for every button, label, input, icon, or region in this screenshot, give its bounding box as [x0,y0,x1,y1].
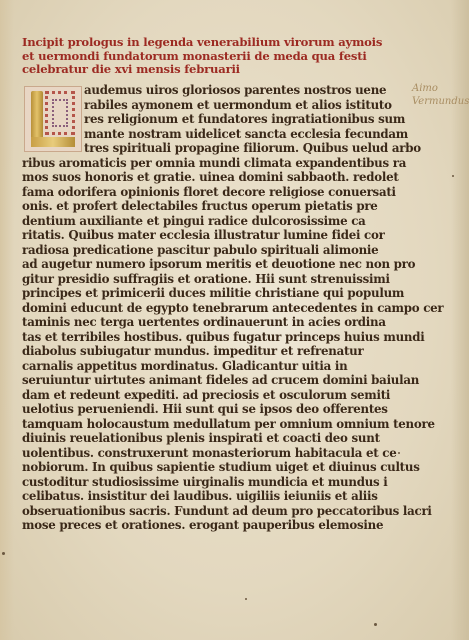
text-line: dam et redeunt expediti. ad preciosis et… [22,388,402,403]
text-line: mante nostram uidelicet sancta ecclesia … [22,127,402,142]
text-line: mose preces et orationes. erogant pauper… [22,518,402,533]
marginal-note: Aimo Vermundus [412,82,469,108]
text-line: seruiuntur uirtutes animant fideles ad c… [22,373,402,388]
text-line: taminis nec terga uertentes ordinauerunt… [22,315,402,330]
text-line: diuinis reuelationibus plenis inspirati … [22,431,402,446]
marginal-note-line: Vermundus [412,95,469,108]
text-line: ad augetur numero ipsorum meritis et deu… [22,257,402,272]
text-line: fama odorifera opinionis floret decore r… [22,185,402,200]
rubric-line: Incipit prologus in legenda venerabilium… [22,36,402,50]
ink-speck [245,598,247,600]
text-line: principes et primicerii duces militie ch… [22,286,402,301]
rubric-line: celebratur die xvi mensis februarii [22,63,402,77]
text-line: mos suos honoris et gratie. uinea domini… [22,170,402,185]
main-text-block: audemus uiros gloriosos parentes nostros… [22,83,402,533]
text-line: tres spirituali propagine filiorum. Quib… [22,141,402,156]
text-line: diabolus subiugatur mundus. impeditur et… [22,344,402,359]
text-line: carnalis appetitus mordinatus. Gladicant… [22,359,402,374]
text-line: ritatis. Quibus mater ecclesia illustrat… [22,228,402,243]
text-line: domini educunt de egypto tenebrarum ante… [22,301,402,316]
text-line: obseruationibus sacris. Fundunt ad deum … [22,504,402,519]
text-line: audemus uiros gloriosos parentes nostros… [22,83,402,98]
ink-speck [398,452,400,454]
rubric-heading: Incipit prologus in legenda venerabilium… [22,36,402,77]
text-line: nobiorum. In quibus sapientie studium ui… [22,460,402,475]
text-line: radiosa predicatione pascitur pabulo spi… [22,243,402,258]
text-line: uelotius perueniendi. Hii sunt qui se ip… [22,402,402,417]
ink-speck [374,623,377,626]
text-line: rabiles aymonem et uermondum et alios is… [22,98,402,113]
text-line: onis. et profert delectabiles fructus op… [22,199,402,214]
text-line: tamquam holocaustum medullatum per omniu… [22,417,402,432]
text-line: uolentibus. construxerunt monasteriorum … [22,446,402,461]
ink-speck [452,175,454,177]
text-line: ribus aromaticis per omnia mundi climata… [22,156,402,171]
text-line: tas et terribiles hostibus. quibus fugat… [22,330,402,345]
manuscript-page: Incipit prologus in legenda venerabilium… [0,0,469,640]
text-line: custoditur studiosissime uirginalis mund… [22,475,402,490]
text-line: celibatus. insistitur dei laudibus. uigi… [22,489,402,504]
text-line: gitur presidio suffragiis et oratione. H… [22,272,402,287]
marginal-note-line: Aimo [412,82,469,95]
page-left-edge [0,0,14,640]
text-line: dentium auxiliante et pingui radice dulc… [22,214,402,229]
rubric-line: et uermondi fundatorum monasterii de med… [22,50,402,64]
text-line: res religionum et fundatores ingratiatio… [22,112,402,127]
ink-speck [2,552,5,555]
